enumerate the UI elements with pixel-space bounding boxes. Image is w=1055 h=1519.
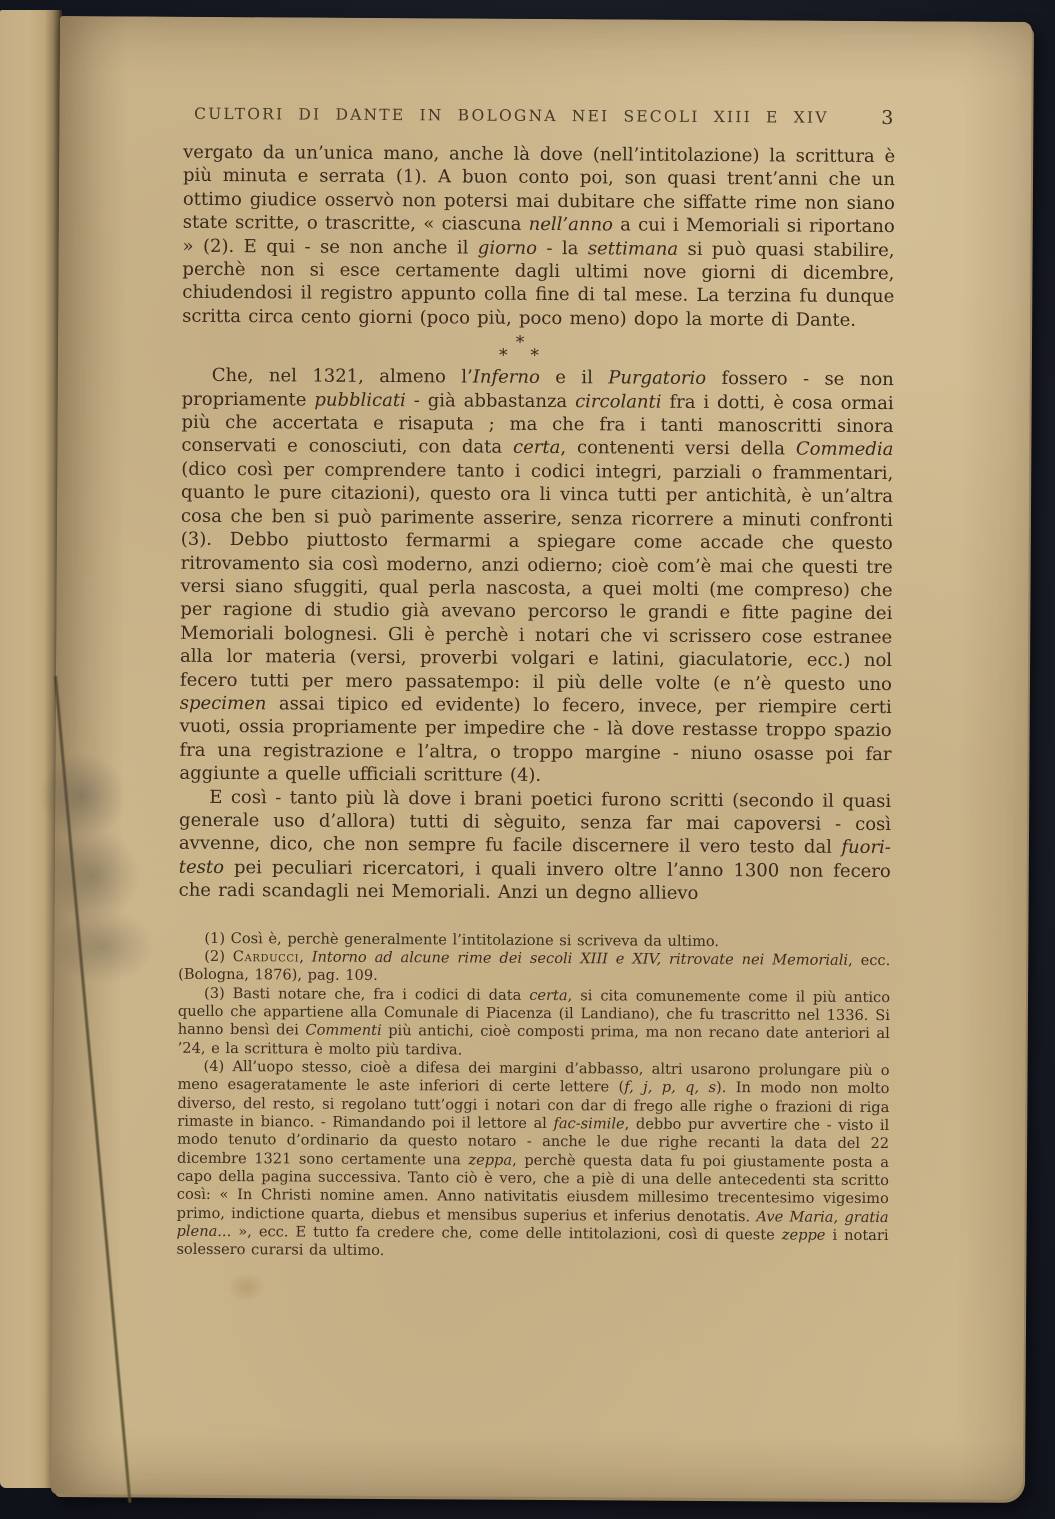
running-title: CULTORI DI DANTE IN BOLOGNA NEI SECOLI X… xyxy=(183,105,895,127)
gutter-stain xyxy=(42,826,143,927)
footnote-2: (2) Carducci, Intorno ad alcune rime dei… xyxy=(178,948,890,989)
asterism-bottom: * * xyxy=(490,350,550,363)
paragraph: E così - tanto più là dove i brani poeti… xyxy=(179,785,892,906)
footnote-4: (4) All’uopo stesso, cioè a difesa dei m… xyxy=(176,1058,889,1264)
gutter-stain xyxy=(48,906,158,987)
paragraph-continuation: vergato da un’unica mano, anche là dove … xyxy=(182,141,895,333)
foxing-spot xyxy=(227,1272,265,1302)
text-column: CULTORI DI DANTE IN BOLOGNA NEI SECOLI X… xyxy=(176,105,895,1264)
footnote-3: (3) Basti notare che, fra i codici di da… xyxy=(178,984,890,1062)
gutter-crease xyxy=(54,676,131,1503)
book-page: CULTORI DI DANTE IN BOLOGNA NEI SECOLI X… xyxy=(51,16,1032,1500)
footnotes: (1) Così è, perchè generalmente l’intito… xyxy=(176,929,890,1264)
asterism-separator: * * * xyxy=(490,337,550,363)
body-text: vergato da un’unica mano, anche là dove … xyxy=(179,141,896,907)
scan-background: CULTORI DI DANTE IN BOLOGNA NEI SECOLI X… xyxy=(0,0,1055,1519)
running-head: CULTORI DI DANTE IN BOLOGNA NEI SECOLI X… xyxy=(183,105,895,135)
paragraph: Che, nel 1321, almeno l’Inferno e il Pur… xyxy=(179,364,894,790)
page-number: 3 xyxy=(881,107,893,129)
